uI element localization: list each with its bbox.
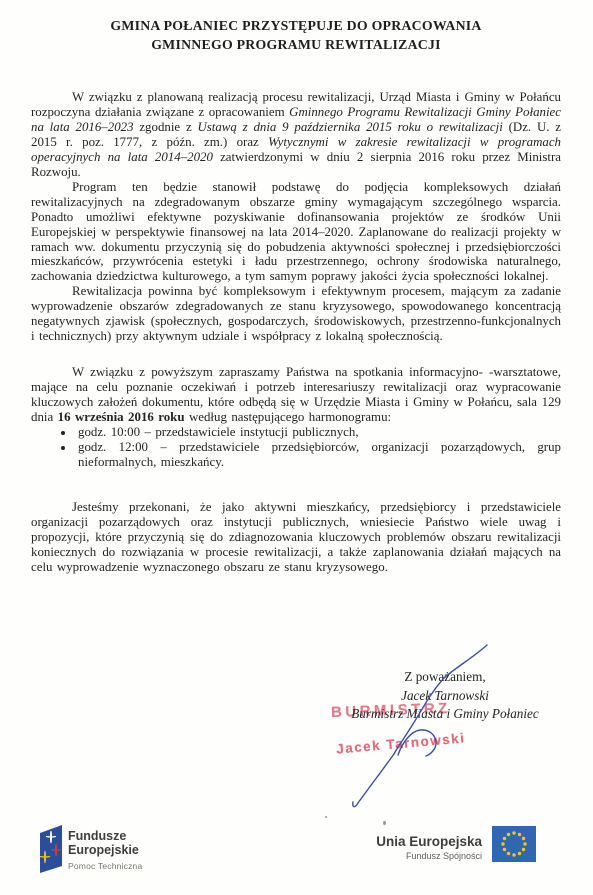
fe-label-line2: Europejskie	[68, 844, 142, 858]
signature-closing: Z poważaniem,	[310, 668, 580, 687]
document-page: GMINA POŁANIEC PRZYSTĘPUJE DO OPRACOWANI…	[0, 0, 593, 895]
schedule-item-12: godz. 12:00 – przedstawiciele przedsiębi…	[75, 440, 561, 470]
fe-label-subtitle: Pomoc Techniczna	[68, 861, 142, 871]
signature-role: Burmistrz Miasta i Gminy Połaniec	[310, 705, 580, 724]
title-line-1: GMINA POŁANIEC PRZYSTĘPUJE DO OPRACOWANI…	[110, 18, 481, 33]
document-title: GMINA POŁANIEC PRZYSTĘPUJE DO OPRACOWANI…	[31, 17, 561, 54]
law-name-italic: Ustawą z dnia 9 października 2015 roku o…	[197, 120, 502, 134]
title-line-2: GMINNEGO PROGRAMU REWITALIZACJI	[151, 37, 441, 52]
paragraph-invitation: W związku z powyższym zapraszamy Państwa…	[31, 365, 561, 425]
eu-label-subtitle: Fundusz Spójności	[330, 851, 482, 861]
eu-flag-icon	[492, 826, 536, 862]
fe-label-line1: Fundusze	[68, 830, 142, 844]
paragraph-run: według następującego harmonogramu:	[185, 410, 392, 424]
meeting-schedule-list: godz. 10:00 – przedstawiciele instytucji…	[31, 425, 561, 470]
paragraph-closing: Jesteśmy przekonani, że jako aktywni mie…	[31, 500, 561, 575]
document-content: GMINA POŁANIEC PRZYSTĘPUJE DO OPRACOWANI…	[31, 17, 561, 575]
schedule-item-10: godz. 10:00 – przedstawiciele instytucji…	[75, 425, 561, 440]
signature-name: Jacek Tarnowski	[310, 687, 580, 706]
meeting-date-bold: 16 września 2016 roku	[58, 410, 185, 424]
fundusze-europejskie-logo-icon	[37, 824, 64, 874]
paragraph-run: zgodnie z	[134, 120, 198, 134]
fundusze-europejskie-label: Fundusze Europejskie Pomoc Techniczna	[68, 830, 142, 871]
signature-block: Z poważaniem, Jacek Tarnowski Burmistrz …	[310, 668, 580, 724]
unia-europejska-label: Unia Europejska Fundusz Spójności	[330, 834, 482, 861]
scan-speck	[383, 821, 386, 825]
scan-speck	[325, 816, 327, 818]
paragraph-revitalization-definition: Rewitalizacja powinna być kompleksowym i…	[31, 284, 561, 344]
paragraph-intro: W związku z planowaną realizacją procesu…	[31, 90, 561, 180]
eu-label-title: Unia Europejska	[330, 834, 482, 849]
red-stamp-name: Jacek Tarnowski	[336, 730, 466, 756]
paragraph-program-purpose: Program ten będzie stanowił podstawę do …	[31, 180, 561, 285]
